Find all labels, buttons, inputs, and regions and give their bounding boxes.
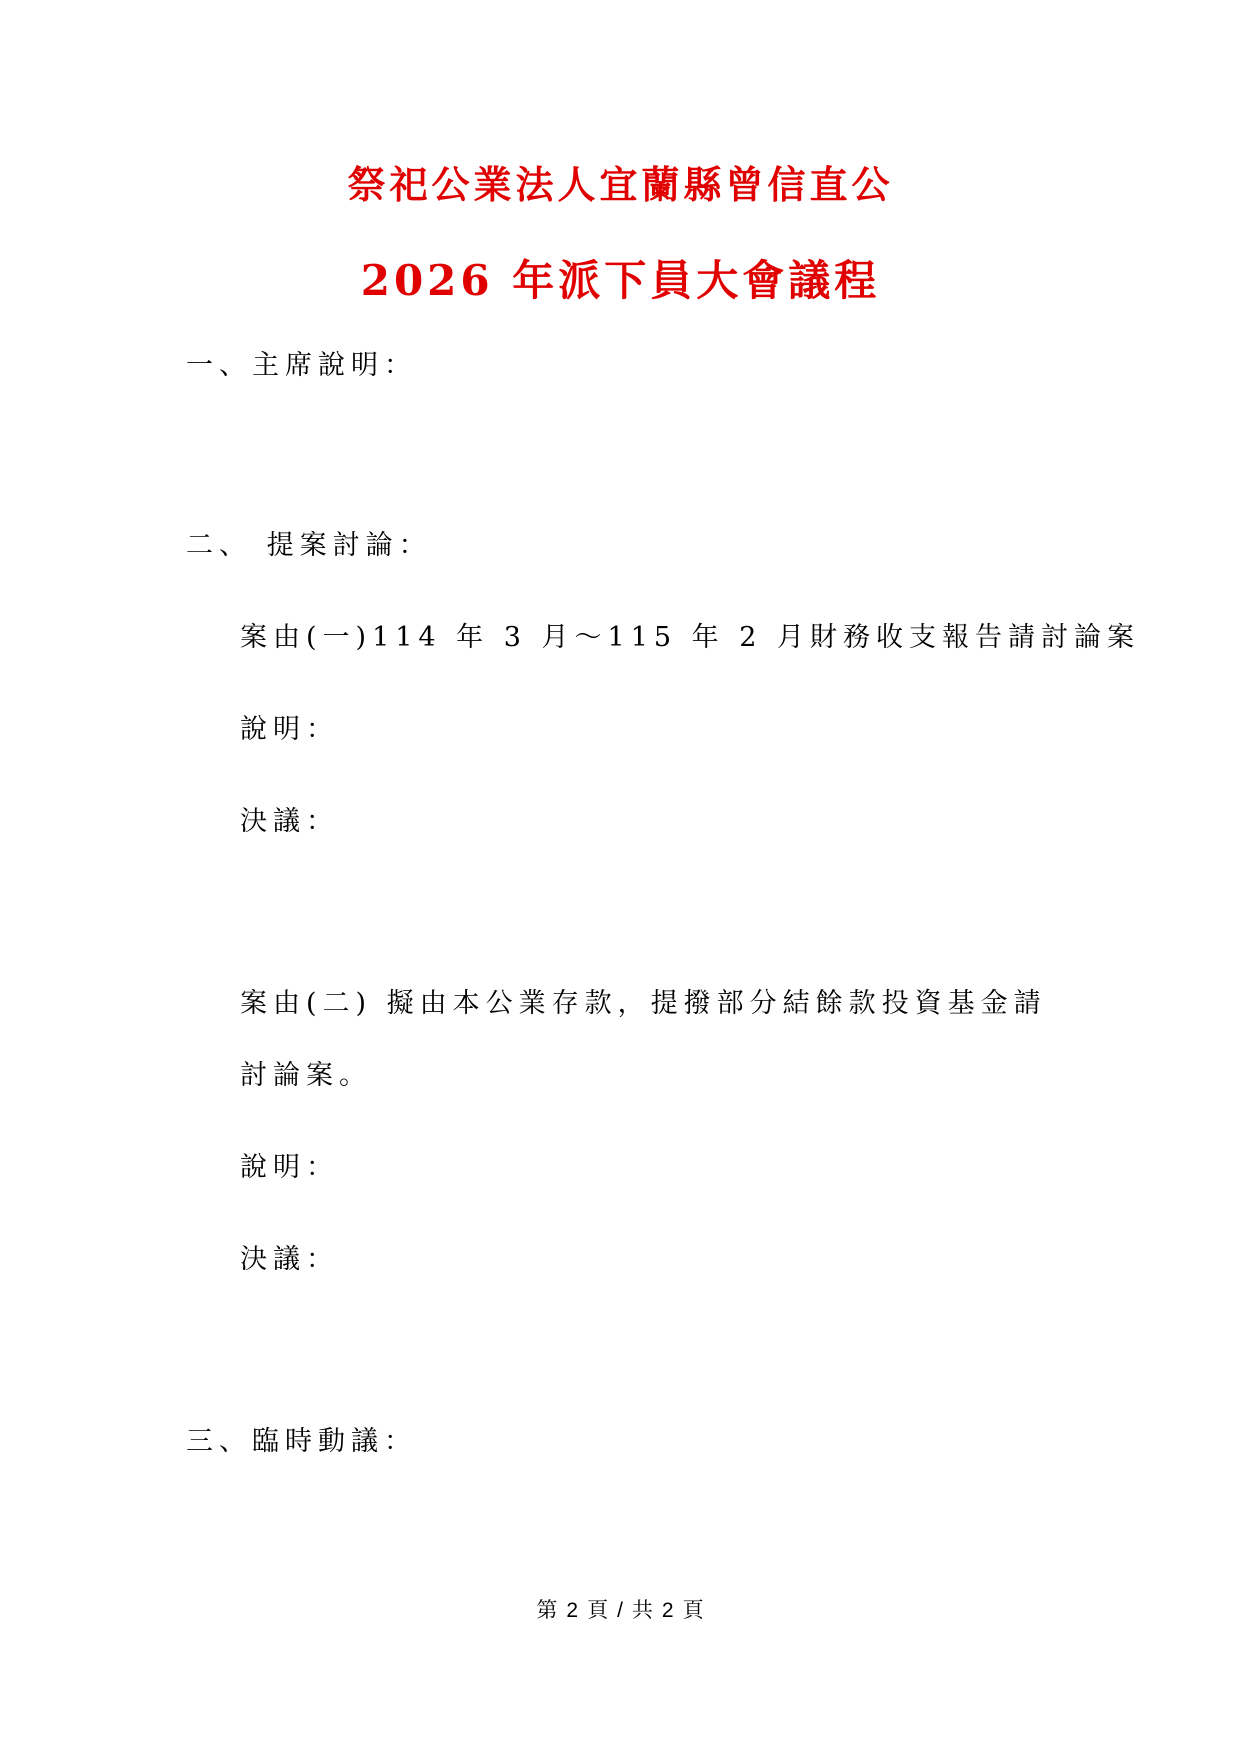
section-heading-extempore-motions: 三、臨時動議： xyxy=(186,1424,417,1460)
case-1-explanation-label: 說明： xyxy=(240,712,339,748)
case-1-resolution-label: 決議： xyxy=(240,804,339,840)
section-heading-chair-remarks: 一、主席說明： xyxy=(186,348,417,384)
section-heading-proposals: 二、 提案討論： xyxy=(186,528,432,564)
case-2-subject-line-1: 案由(二) 擬由本公業存款，提撥部分結餘款投資基金請 xyxy=(240,986,1047,1022)
page-number-footer: 第2頁/共2頁 xyxy=(0,1598,1241,1624)
case-1-subject: 案由(一)114 年 3 月～115 年 2 月財務收支報告請討論案 xyxy=(240,620,1140,656)
document-page: 祭祀公業法人宜蘭縣曾信直公 2026 年派下員大會議程 一、主席說明： 二、 提… xyxy=(0,0,1241,1755)
footer-page-prefix: 第 xyxy=(536,1599,558,1622)
case-2-resolution-label: 決議： xyxy=(240,1242,339,1278)
footer-current-page: 2 xyxy=(566,1599,579,1622)
document-title-organization: 祭祀公業法人宜蘭縣曾信直公 xyxy=(0,160,1241,210)
footer-page-word: 頁 xyxy=(587,1599,609,1622)
footer-separator: / xyxy=(617,1599,624,1622)
document-title-agenda: 2026 年派下員大會議程 xyxy=(0,253,1241,309)
case-2-explanation-label: 說明： xyxy=(240,1150,339,1186)
case-2-subject-line-2: 討論案。 xyxy=(240,1058,372,1094)
footer-total-pages: 2 xyxy=(662,1599,675,1622)
footer-total-word: 頁 xyxy=(683,1599,705,1622)
footer-total-prefix: 共 xyxy=(632,1599,654,1622)
